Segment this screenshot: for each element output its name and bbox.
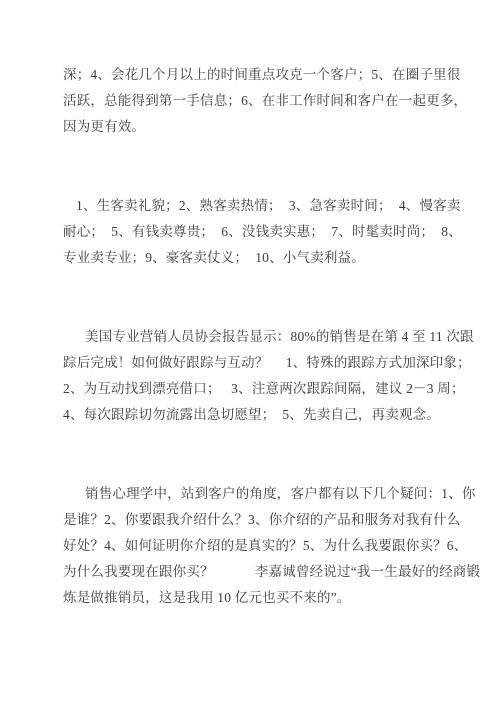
text-line: 销售心理学中，站到客户的角度，客户都有以下几个疑问：1、你 (63, 481, 450, 507)
text-line: 是谁？2、你要跟我介绍什么？3、你介绍的产品和服务对我有什么 (63, 507, 450, 533)
text-line: 好处？4、如何证明你介绍的是真实的？5、为什么我要跟你买？6、 (63, 533, 450, 559)
text-line: 为什么我要现在跟你买？ 李嘉诚曾经说过“我一生最好的经商锻 (63, 559, 450, 585)
paragraph-2: 1、生客卖礼貌；2、熟客卖热情； 3、急客卖时间； 4、慢客卖 耐心； 5、有钱… (63, 193, 450, 271)
text-line: 因为更有效。 (63, 114, 450, 140)
text-line: 专业卖专业；9、豪客卖仗义； 10、小气卖利益。 (63, 245, 450, 271)
text-line: 2、为互动找到漂亮借口； 3、注意两次跟踪间隔，建议 2－3 周； (63, 376, 450, 402)
text-line: 4、每次跟踪切勿流露出急切愿望； 5、先卖自己，再卖观念。 (63, 402, 450, 428)
paragraph-4: 销售心理学中，站到客户的角度，客户都有以下几个疑问：1、你 是谁？2、你要跟我介… (63, 481, 450, 611)
text-line: 美国专业营销人员协会报告显示：80%的销售是在第 4 至 11 次跟 (63, 324, 450, 350)
document-page: 深；4、会花几个月以上的时间重点攻克一个客户；5、在圈子里很 活跃，总能得到第一… (0, 0, 500, 708)
text-line: 1、生客卖礼貌；2、熟客卖热情； 3、急客卖时间； 4、慢客卖 (63, 193, 450, 219)
paragraph-1: 深；4、会花几个月以上的时间重点攻克一个客户；5、在圈子里很 活跃，总能得到第一… (63, 62, 450, 140)
text-line: 炼是做推销员，这是我用 10 亿元也买不来的”。 (63, 585, 450, 611)
text-line: 踪后完成！如何做好跟踪与互动？ 1、特殊的跟踪方式加深印象； (63, 350, 450, 376)
text-line: 活跃，总能得到第一手信息；6、在非工作时间和客户在一起更多， (63, 88, 450, 114)
text-line: 耐心； 5、有钱卖尊贵； 6、没钱卖实惠； 7、时髦卖时尚； 8、 (63, 219, 450, 245)
paragraph-3: 美国专业营销人员协会报告显示：80%的销售是在第 4 至 11 次跟 踪后完成！… (63, 324, 450, 428)
text-line: 深；4、会花几个月以上的时间重点攻克一个客户；5、在圈子里很 (63, 62, 450, 88)
